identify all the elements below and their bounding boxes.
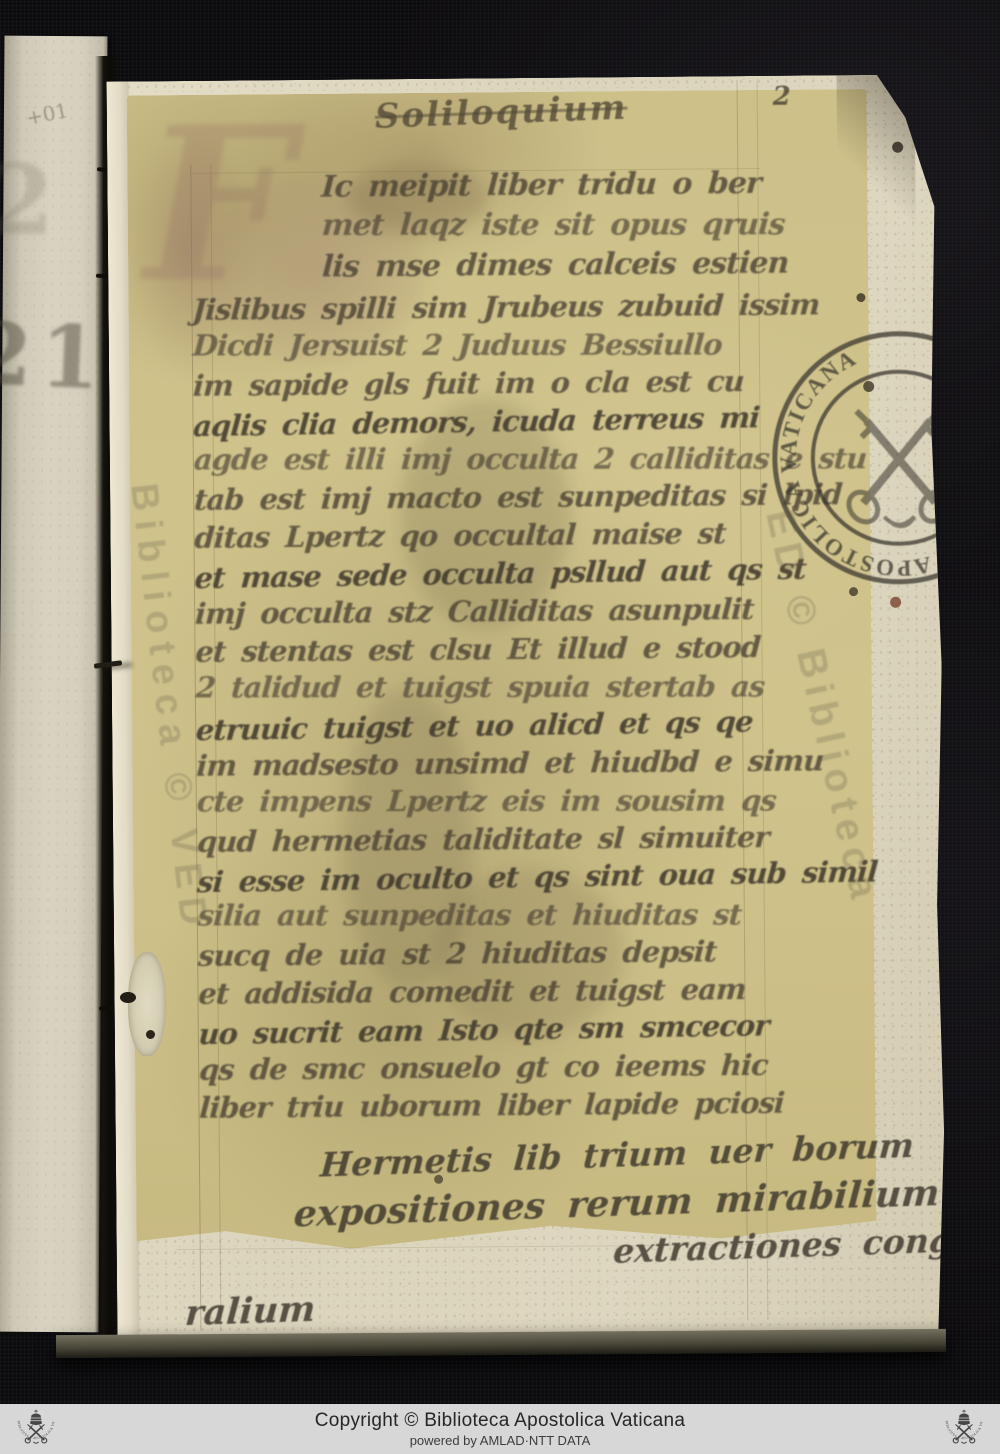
- manuscript-line: lis mse dimes calceis estien: [321, 244, 790, 288]
- facing-page-number: 21: [0, 303, 110, 410]
- manuscript-opening-lines: Ic meipit liber tridu o bermet laqz iste…: [321, 164, 788, 288]
- crossed-keys-icon: [25, 1424, 46, 1443]
- foxing-specks: [107, 82, 112, 87]
- copyright-footer: BIBLIOTECA APOSTOLICA VATICANA Copyright…: [0, 1404, 1000, 1454]
- facing-page-edge: +01 2 21: [0, 36, 108, 1333]
- manuscript-line: qs de smc onsuelo gt co ieems hic: [198, 1045, 880, 1089]
- manuscript-page: F Soliloquium 2 Ic meipit liber tridu o …: [107, 74, 948, 1339]
- decorated-initial: F: [143, 98, 295, 311]
- facing-page-shelfmark: +01: [24, 98, 70, 130]
- papal-tiara-icon: [30, 1410, 42, 1429]
- manuscript-line: Ic meipit liber tridu o ber: [320, 164, 789, 208]
- papal-tiara-icon: [958, 1410, 970, 1429]
- manuscript-line: et stentas est clsu Et illud e stood: [194, 627, 876, 671]
- facing-page-ghost-numeral: 2: [0, 144, 55, 257]
- manuscript-line: met laqz iste sit opus qruis: [321, 205, 790, 246]
- manuscript-line: silia aut sunpeditas et hiuditas st: [197, 895, 879, 934]
- copyright-text: Copyright © Biblioteca Apostolica Vatica…: [315, 1410, 686, 1432]
- manuscript-line: Jislibus spilli sim Jrubeus zubuid issim: [191, 285, 873, 329]
- vatican-library-logo: BIBLIOTECA APOSTOLICA VATICANA: [14, 1407, 58, 1451]
- foot-inscriptions: Hermetis lib trium uer borumexpositiones…: [180, 1116, 1000, 1339]
- inscription-line: ralium: [183, 1260, 1000, 1339]
- wormhole: [120, 992, 136, 1003]
- vatican-library-logo: BIBLIOTECA APOSTOLICA VATICANA: [942, 1407, 986, 1451]
- manuscript-line: liber triu uborum liber lapide pciosi: [198, 1083, 880, 1127]
- wormhole: [146, 1030, 155, 1039]
- manuscript-line: 2 talidud et tuigst spuia stertab as: [195, 667, 877, 706]
- powered-by-text: powered by AMLAD·NTT DATA: [410, 1433, 591, 1448]
- manuscript-line: im madsesto unsimd et hiudbd e simu: [195, 741, 877, 785]
- manuscript-line: sucq de uia st 2 hiuditas depsit: [197, 931, 879, 975]
- manuscript-line: cte impens Lpertz eis im sousim qs: [196, 781, 878, 820]
- paper-repair-patch: [128, 952, 166, 1056]
- crossed-keys-icon: [953, 1424, 974, 1443]
- folio-number: 2: [773, 82, 791, 112]
